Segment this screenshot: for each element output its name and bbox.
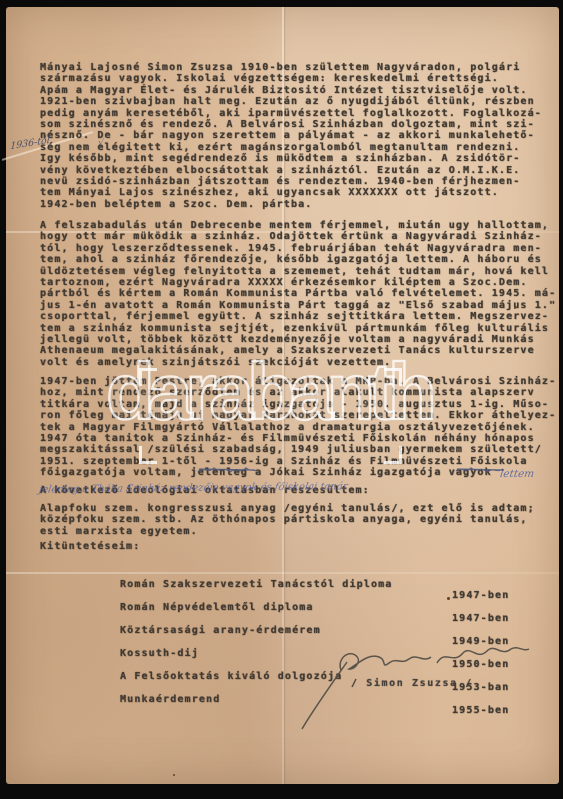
strikethrough-scribble — [454, 464, 508, 474]
awards-heading: Kitüntetéseim: — [40, 541, 562, 552]
signature-typed: / Simon Zsuzsa / — [351, 678, 551, 689]
paragraph-ideology-training: Alapfoku szem. kongresszusi anyag /egyén… — [40, 503, 562, 537]
paper-speck — [447, 597, 450, 600]
paper-sheet: Mányai Lajosné Simon Zsuzsa 1910-ben szü… — [6, 7, 559, 784]
paragraph-after-liberation: A felszabadulás után Debrecenbe mentem f… — [40, 220, 562, 368]
award-name: Román Szakszervezeti Tanácstól diploma — [120, 579, 392, 590]
check-mark: √ — [97, 138, 104, 148]
strikethrough-scribble — [196, 464, 258, 474]
award-name: Munkaérdemrend — [120, 694, 220, 705]
scanned-document: Mányai Lajosné Simon Zsuzsa 1910-ben szü… — [0, 0, 563, 799]
paper-speck — [514, 307, 516, 309]
award-row: Román Népvédelemtől diploma 1947-ben — [40, 590, 562, 602]
award-name: Köztársasági arany-érdemérem — [120, 625, 321, 636]
paragraph-early-life: Mányai Lajosné Simon Zsuzsa 1910-ben szü… — [40, 62, 562, 210]
paper-speck — [173, 774, 175, 776]
award-row: Köztársasági arany-érdemérem 1949-ben — [40, 613, 562, 625]
award-row: Román Szakszervezeti Tanácstól diploma 1… — [40, 567, 562, 579]
award-name: Román Népvédelemtől diploma — [120, 602, 314, 613]
award-name: Kossuth-dij — [120, 648, 199, 659]
